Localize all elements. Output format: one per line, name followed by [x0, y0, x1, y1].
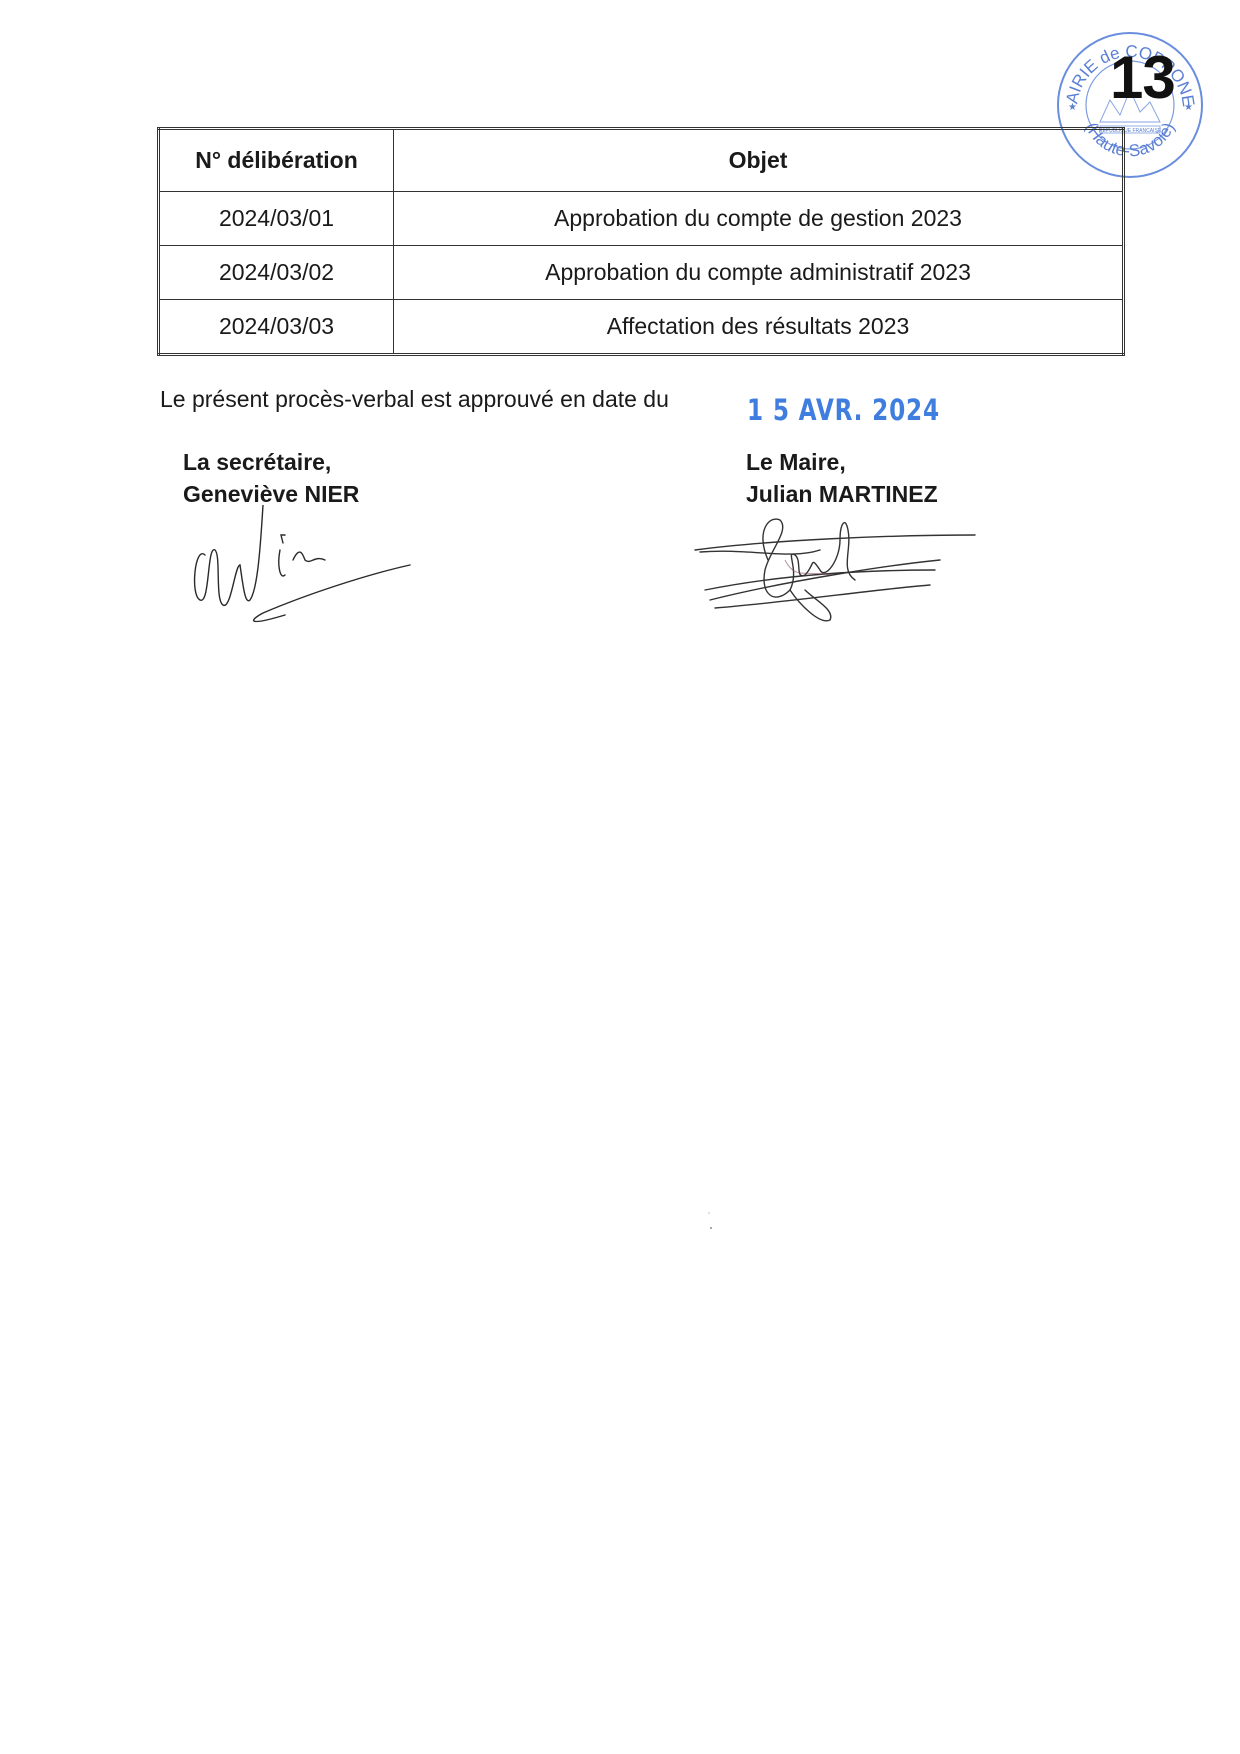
- svg-text:★: ★: [1184, 102, 1193, 113]
- deliberation-number: 2024/03/01: [159, 192, 394, 246]
- secretary-role: La secrétaire,: [183, 446, 359, 478]
- deliberation-number: 2024/03/03: [159, 300, 394, 355]
- deliberation-object: Approbation du compte de gestion 2023: [394, 192, 1124, 246]
- mayor-name: Julian MARTINEZ: [746, 478, 938, 510]
- secretary-signature: [185, 505, 425, 635]
- table-row: 2024/03/02 Approbation du compte adminis…: [159, 246, 1124, 300]
- deliberation-object: Affectation des résultats 2023: [394, 300, 1124, 355]
- table-row: 2024/03/03 Affectation des résultats 202…: [159, 300, 1124, 355]
- deliberation-object: Approbation du compte administratif 2023: [394, 246, 1124, 300]
- mayor-signature: [690, 510, 980, 625]
- header-object: Objet: [394, 129, 1124, 192]
- deliberations-table: N° délibération Objet 2024/03/01 Approba…: [157, 127, 1125, 356]
- mayor-block: Le Maire, Julian MARTINEZ: [746, 446, 938, 510]
- svg-text:★: ★: [1068, 102, 1077, 113]
- approval-statement: Le présent procès-verbal est approuvé en…: [160, 386, 669, 413]
- secretary-block: La secrétaire, Geneviève NIER: [183, 446, 359, 510]
- table-row: 2024/03/01 Approbation du compte de gest…: [159, 192, 1124, 246]
- scan-artifact: [708, 1210, 712, 1240]
- table-header-row: N° délibération Objet: [159, 129, 1124, 192]
- mayor-role: Le Maire,: [746, 446, 938, 478]
- approval-date-stamp: 1 5 AVR. 2024: [747, 393, 940, 427]
- deliberation-number: 2024/03/02: [159, 246, 394, 300]
- page-number: 13: [1110, 48, 1175, 108]
- header-number: N° délibération: [159, 129, 394, 192]
